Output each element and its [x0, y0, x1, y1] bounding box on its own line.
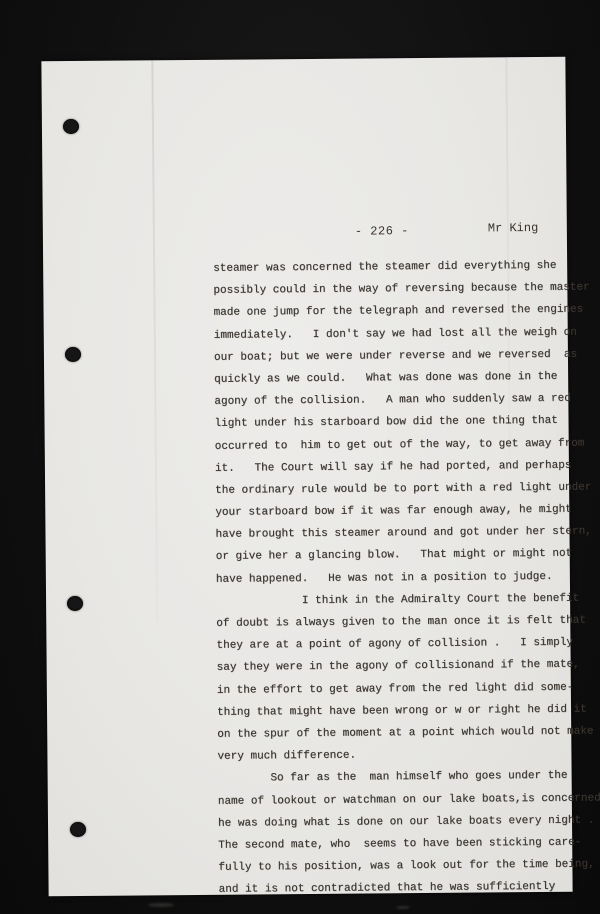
- typed-line: in the effort to get away from the red l…: [217, 676, 600, 702]
- typed-line: of doubt is always given to the man once…: [216, 609, 600, 635]
- page-header: - 226 - Mr King: [43, 222, 600, 247]
- scan-smudge: [396, 906, 410, 909]
- typed-line: So far as the man himself who goes under…: [218, 765, 600, 791]
- typed-line: your starboard bow if it was far enough …: [215, 498, 600, 524]
- scan-background: - 226 - Mr King steamer was concerned th…: [0, 0, 600, 914]
- typed-line: they are at a point of agony of collisio…: [216, 631, 600, 657]
- typed-line: light under his starboard bow did the on…: [214, 410, 600, 436]
- typed-line: on the spur of the moment at a point whi…: [217, 720, 600, 746]
- typed-line: or give her a glancing blow. That might …: [216, 543, 600, 569]
- typed-line: thing that might have been wrong or w or…: [217, 698, 600, 724]
- typed-line: say they were in the agony of collisiona…: [217, 654, 600, 680]
- typed-line: have happened. He was not in a position …: [216, 565, 600, 591]
- document-page: - 226 - Mr King steamer was concerned th…: [41, 57, 572, 897]
- typed-line: the ordinary rule would be to port with …: [215, 476, 600, 502]
- typed-line: and it is not contradicted that he was s…: [219, 876, 600, 902]
- typed-line: made one jump for the telegraph and reve…: [213, 299, 600, 325]
- typed-line: have brought this steamer around and got…: [215, 521, 600, 547]
- scan-smudge: [148, 903, 174, 907]
- typed-line: occurred to him to get out of the way, t…: [215, 432, 600, 458]
- punch-hole: [63, 119, 79, 134]
- typed-text-block: steamer was concerned the steamer did ev…: [213, 254, 600, 901]
- typed-line: it. The Court will say if he had ported,…: [215, 454, 600, 480]
- typed-line: very much difference.: [217, 742, 600, 768]
- typed-line: immediately. I don't say we had lost all…: [214, 321, 600, 347]
- typed-line: fully to his position, was a look out fo…: [218, 853, 600, 879]
- punch-hole: [70, 822, 86, 837]
- typed-line: The second mate, who seems to have been …: [218, 831, 600, 857]
- paper-crease-left: [151, 60, 158, 620]
- typed-line: I think in the Admiralty Court the benef…: [216, 587, 600, 613]
- punch-hole: [65, 347, 81, 362]
- page-number: - 226 -: [355, 224, 409, 238]
- typed-line: he was doing what is done on our lake bo…: [218, 809, 600, 835]
- speaker-name: Mr King: [488, 221, 539, 235]
- punch-hole: [67, 596, 83, 611]
- typed-line: our boat; but we were under reverse and …: [214, 343, 600, 369]
- typed-line: name of lookout or watchman on our lake …: [218, 787, 600, 813]
